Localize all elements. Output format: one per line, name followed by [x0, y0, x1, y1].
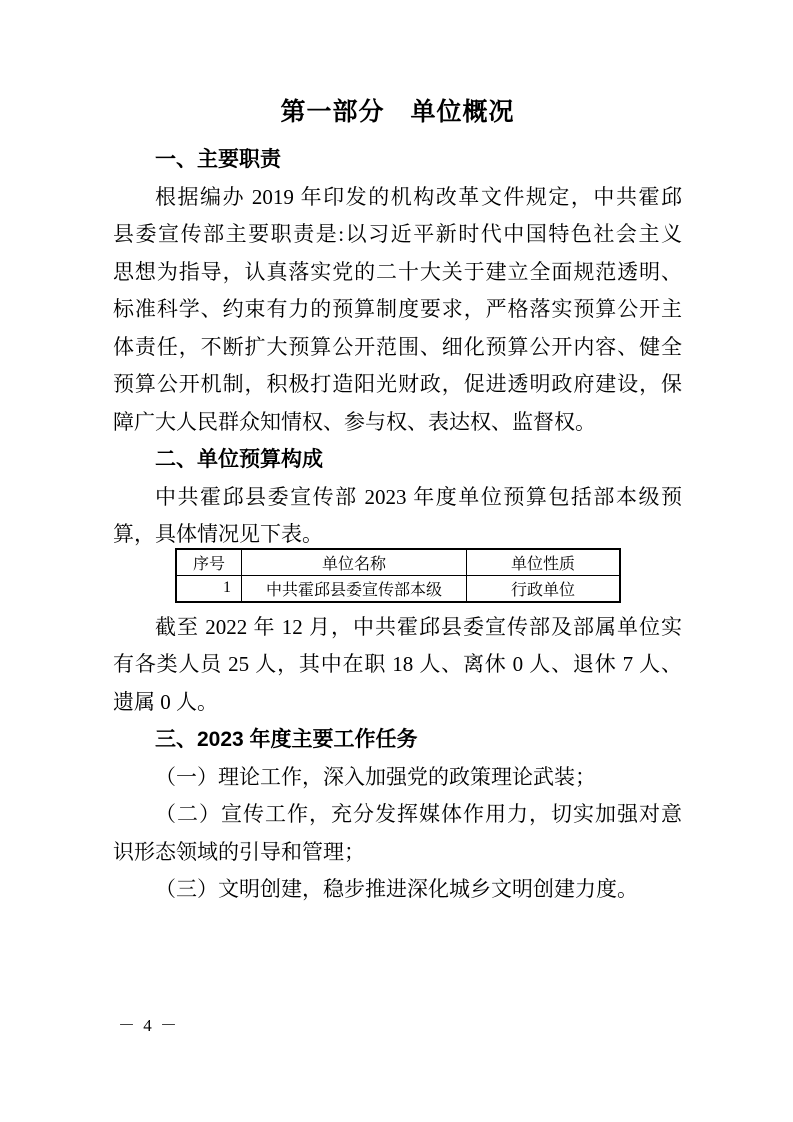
table-cell-unit-name: 中共霍邱县委宣传部本级: [242, 575, 467, 602]
section2-intro-line: 中共霍邱县委宣传部 2023 年度单位预算包括部本级预: [113, 479, 682, 517]
section2-heading: 二、单位预算构成: [113, 441, 682, 479]
section1-heading: 一、主要职责: [113, 141, 682, 179]
section1-line: 障广大人民群众知情权、参与权、表达权、监督权。: [113, 404, 682, 442]
section2-staff-line: 遗属 0 人。: [113, 684, 682, 722]
section1-line: 标准科学、约束有力的预算制度要求，严格落实预算公开主: [113, 291, 682, 329]
section1-line: 预算公开机制，积极打造阳光财政，促进透明政府建设，保: [113, 366, 682, 404]
section2-staff-line: 截至 2022 年 12 月，中共霍邱县委宣传部及部属单位实: [113, 609, 682, 647]
section3-task2-line: 识形态领域的引导和管理；: [113, 834, 682, 872]
table-header-unit-type: 单位性质: [467, 549, 621, 576]
section3-heading: 三、2023 年度主要工作任务: [113, 721, 682, 759]
page-number: － 4 －: [118, 1011, 179, 1036]
section3-task2-line: （二）宣传工作，充分发挥媒体作用力，切实加强对意: [113, 796, 682, 834]
section2-staff-line: 有各类人员 25 人，其中在职 18 人、离休 0 人、退休 7 人、: [113, 646, 682, 684]
table-row: 1 中共霍邱县委宣传部本级 行政单位: [176, 575, 620, 602]
document-page: 第一部分 单位概况 一、主要职责 根据编办 2019 年印发的机构改革文件规定，…: [0, 0, 793, 1122]
section1-line: 思想为指导，认真落实党的二十大关于建立全面规范透明、: [113, 254, 682, 292]
table-cell-unit-type: 行政单位: [467, 575, 621, 602]
section3-task1-line: （一）理论工作，深入加强党的政策理论武装；: [113, 759, 682, 797]
budget-unit-table: 序号 单位名称 单位性质 1 中共霍邱县委宣传部本级 行政单位: [175, 548, 621, 603]
section1-line: 根据编办 2019 年印发的机构改革文件规定，中共霍邱: [113, 179, 682, 217]
table-cell-index: 1: [176, 575, 242, 602]
page-title: 第一部分 单位概况: [113, 97, 682, 127]
section1-line: 体责任，不断扩大预算公开范围、细化预算公开内容、健全: [113, 329, 682, 367]
section3-task3-line: （三）文明创建，稳步推进深化城乡文明创建力度。: [113, 871, 682, 909]
section1-line: 县委宣传部主要职责是:以习近平新时代中国特色社会主义: [113, 216, 682, 254]
